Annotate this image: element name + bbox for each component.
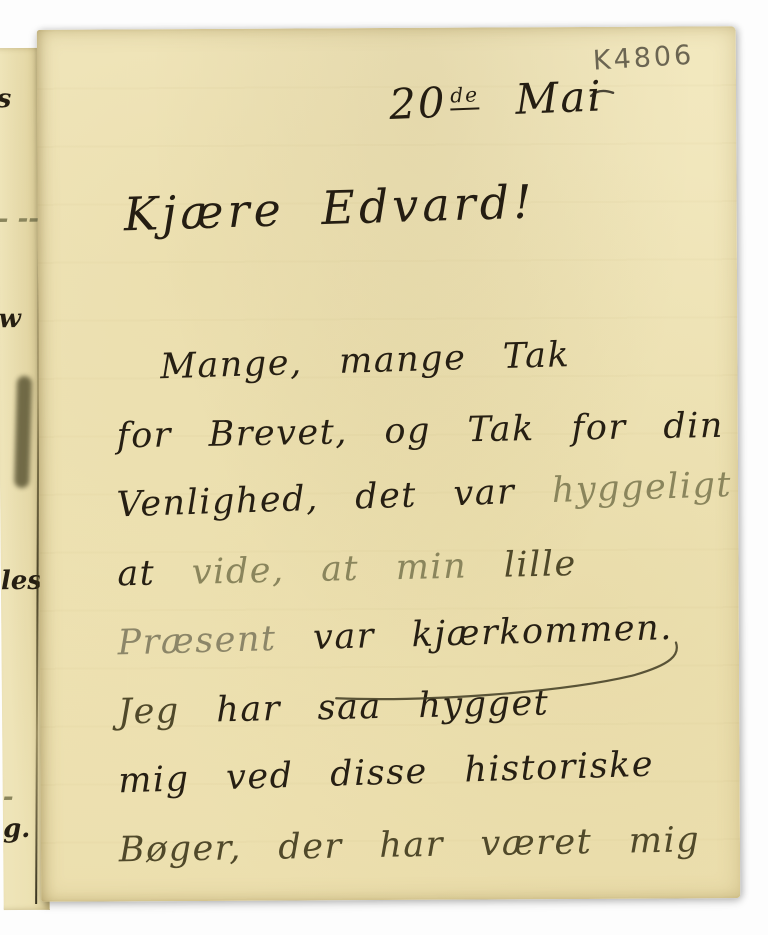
letter-line-segment: Jeg [118,690,217,732]
letter-line-segment: Bøger, der har været mig [118,820,700,870]
letter-page: K4806 20deMai Kjære Edvard! Mange, mange… [37,26,741,902]
letter-date: 20deMai [388,71,604,129]
left-page-fragment: - [3,782,14,812]
left-page-fragment: w [0,304,21,334]
date-month: Mai [514,71,603,123]
left-page-fragment: s [0,84,11,114]
date-day: 20 [388,78,447,129]
left-page-fragment: - -- [0,204,39,234]
letter-line-segment: Mange, mange Tak [160,335,571,387]
letter-scan: s- --wles.-g. K4806 20deMai Kjære Edvard… [0,0,768,935]
letter-line-segment: Præsent [117,618,314,663]
salutation: Kjære Edvard! [123,174,537,241]
letter-line-segment: lille [503,544,577,586]
left-page-fragment: g. [3,814,30,844]
letter-line-segment: at [117,553,192,595]
flourish-underline [328,638,688,720]
letter-line: Bøger, der har været mig [118,819,759,899]
ink-stain [14,376,32,488]
letter-body: Mange, mange Takfor Brevet, og Tak for d… [116,344,759,899]
letter-line-segment: vide, at min [191,546,504,593]
letter-line-segment: hyggeligt [551,465,732,511]
date-ordinal-suffix: de [450,82,480,110]
letter-line: Mange, mange Tak [160,330,758,417]
archive-mark: K4806 [592,40,695,77]
